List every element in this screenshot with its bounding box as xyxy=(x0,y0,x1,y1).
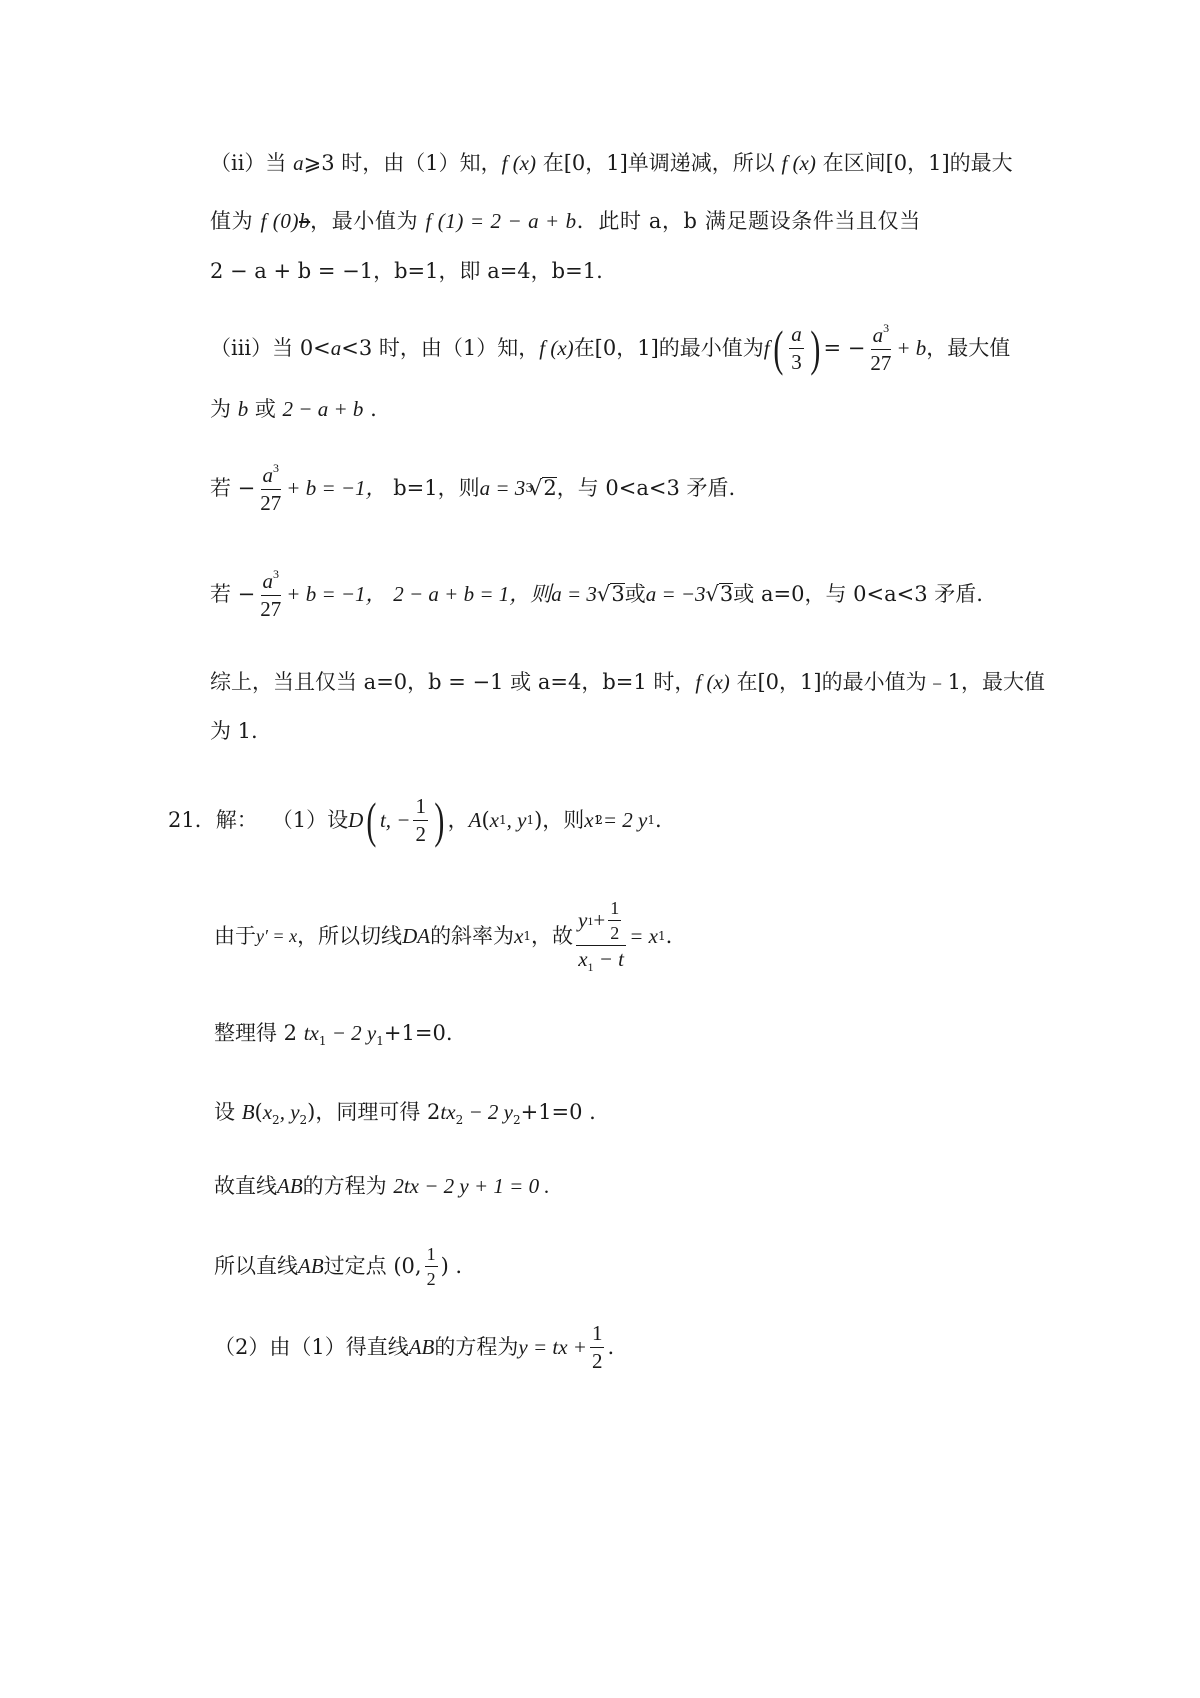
radical-icon: √ xyxy=(706,584,719,605)
text: ，最大值 xyxy=(926,338,1010,359)
part-2-line: （2）由（1）得直线AB的方程为 y = tx + 12 . xyxy=(214,1317,614,1377)
text: 在[0，1]的最小值为﹣1，最大值 xyxy=(730,670,1045,694)
left-paren: ( xyxy=(773,323,783,373)
subscript: 1 xyxy=(658,930,666,942)
text: a = −3 xyxy=(646,584,706,605)
text: （2）由（1）得直线 xyxy=(214,1337,409,1358)
text: ，故 xyxy=(531,926,573,947)
text: , y xyxy=(507,810,527,831)
denominator: 27 xyxy=(258,596,283,620)
fraction-a3-over-27: a327 xyxy=(868,322,893,374)
denominator: 27 xyxy=(868,350,893,374)
subscript: 1 xyxy=(499,814,507,826)
denominator: 2 xyxy=(413,821,428,845)
text: + b = −1， xyxy=(286,478,386,499)
equation: y = tx + xyxy=(518,1337,587,1358)
exponent: 3 xyxy=(273,461,279,475)
fx: f (x) xyxy=(539,338,573,359)
fraction-one-half: 12 xyxy=(413,796,428,845)
text: 故直线 xyxy=(214,1174,277,1198)
fraction-a3-over-27: a327 xyxy=(258,462,283,514)
summary-line-2: 为 1. xyxy=(210,721,258,742)
right-paren: ) xyxy=(434,795,444,845)
text: 所以直线 xyxy=(214,1256,298,1277)
text: . xyxy=(655,810,662,831)
summary-line-1: 综上，当且仅当 a=0，b = −1 或 a=4，b=1 时，f (x) 在[0… xyxy=(210,672,1045,693)
text: x xyxy=(490,810,499,831)
problem-21-header: 21．解：（1）设 D ( t, − 12 ) ， A(x1, y1)，则 x1… xyxy=(168,790,662,850)
superscript: 2 xyxy=(595,814,603,826)
text: = x xyxy=(629,926,658,947)
fixed-point-line: 所以直线AB过定点 (0, 12 ) . xyxy=(214,1236,462,1296)
numerator: 1 xyxy=(590,1323,605,1348)
fraction-a-over-3: a3 xyxy=(789,324,804,373)
var-a: a xyxy=(331,338,342,359)
text: x xyxy=(263,1100,272,1124)
subscript: 1 xyxy=(526,814,534,826)
text: <3 时，由（1）知， xyxy=(341,338,539,359)
text: x xyxy=(514,926,523,947)
text: b=1，则 xyxy=(393,478,479,499)
text: +1=0. xyxy=(384,1021,453,1045)
text: ， xyxy=(448,810,469,831)
text: 为 xyxy=(210,397,238,421)
text: （iii）当 0< xyxy=(210,338,331,359)
numerator: 1 xyxy=(608,899,621,921)
var-a: a xyxy=(263,463,274,487)
text: , y xyxy=(280,1100,300,1124)
text: （1）设 xyxy=(272,810,348,831)
expression: 2 − a + b xyxy=(283,397,364,421)
subscript: 2 xyxy=(272,1113,280,1127)
fx: f (x) xyxy=(695,670,729,694)
simplify-line: 整理得 2 tx1 − 2 y1+1=0. xyxy=(214,1023,453,1047)
text: 或 xyxy=(248,397,282,421)
text: x xyxy=(584,810,593,831)
numerator: 1 xyxy=(413,796,428,821)
text: 解： xyxy=(216,810,258,831)
if-case-2: 若 − a327 + b = −1， 2 − a + b = 1，则 a = 3… xyxy=(210,564,983,624)
point-B: B xyxy=(242,1100,255,1124)
fraction-one-half: 12 xyxy=(425,1245,438,1288)
text: . xyxy=(607,1337,614,1358)
segment-DA: DA xyxy=(402,926,430,947)
var-a: a xyxy=(263,569,274,593)
fx: f (x) xyxy=(781,151,815,175)
text: 值为 xyxy=(210,209,260,233)
text: ，则 xyxy=(542,810,584,831)
text: = 2 y xyxy=(603,810,648,831)
text: 在[0，1]的最小值为 xyxy=(574,338,764,359)
text: tx xyxy=(304,1021,319,1045)
text: 为 1. xyxy=(210,719,258,743)
if-case-1: 若 − a327 + b = −1， b=1，则 a = 33√2 ，与 0<a… xyxy=(210,458,735,518)
line-AB-equation: 故直线AB的方程为 2tx − 2 y + 1 = 0 . xyxy=(214,1176,550,1197)
fx: f (x) xyxy=(502,151,536,175)
text: . xyxy=(363,397,376,421)
numerator: y1 + 12 xyxy=(576,899,626,946)
exponent: 3 xyxy=(273,567,279,581)
text: ，所以切线 xyxy=(297,926,402,947)
subscript: 1 xyxy=(376,1034,384,1048)
numerator: a xyxy=(789,324,804,349)
segment-AB: AB xyxy=(277,1174,303,1198)
text: 在区间[0，1]的最大 xyxy=(816,151,1013,175)
text: − t xyxy=(594,947,625,971)
text: − 2 y xyxy=(327,1021,377,1045)
text: 的斜率为 xyxy=(430,926,514,947)
text: 若 − xyxy=(210,584,255,605)
problem-number: 21． xyxy=(168,810,216,831)
point-A: A xyxy=(469,810,482,831)
numerator: a3 xyxy=(871,322,892,350)
point-D: D xyxy=(348,810,363,831)
var-b: b xyxy=(238,397,249,421)
radical-icon: √ xyxy=(529,478,542,499)
segment-AB: AB xyxy=(298,1256,324,1277)
text: − 2 y xyxy=(463,1100,513,1124)
text: 整理得 2 xyxy=(214,1021,304,1045)
text: + b = −1， xyxy=(286,584,386,605)
exponent: 3 xyxy=(883,321,889,335)
slope-line: 由于 y′ = x ，所以切线DA的斜率为 x1，故 y1 + 12 x1 − … xyxy=(214,896,672,976)
text: 综上，当且仅当 a=0，b = −1 或 a=4，b=1 时， xyxy=(210,670,695,694)
numerator: a3 xyxy=(261,568,282,596)
subscript: 1 xyxy=(319,1034,327,1048)
text: ，最小值为 xyxy=(310,209,425,233)
text: 的方程为 xyxy=(434,1337,518,1358)
text: 或 xyxy=(625,584,646,605)
denominator: 2 xyxy=(608,921,621,942)
denominator: 2 xyxy=(590,1348,605,1372)
text: 2 − a + b = 1，则 xyxy=(393,584,551,605)
text: ⩾3 时，由（1）知， xyxy=(304,151,502,175)
text: 或 a=0，与 0<a<3 矛盾. xyxy=(733,584,983,605)
text: 过定点 (0, xyxy=(324,1256,422,1277)
radical-icon: √ xyxy=(597,584,610,605)
text: 在[0，1]单调递减，所以 xyxy=(536,151,781,175)
case-iii-line-2: 为 b 或 2 − a + b . xyxy=(210,399,377,420)
f: f xyxy=(764,338,770,359)
text: ，与 0<a<3 矛盾. xyxy=(557,478,735,499)
case-ii-line-1: （ii）当 a⩾3 时，由（1）知，f (x) 在[0，1]单调递减，所以 f … xyxy=(210,153,1013,174)
text: . xyxy=(666,926,673,947)
case-iii-line-1: （iii）当 0<a<3 时，由（1）知，f (x) 在[0，1]的最小值为 f… xyxy=(210,318,1010,378)
radicand: 3 xyxy=(719,583,733,605)
subscript: 1 xyxy=(523,930,531,942)
text: a = 3 xyxy=(480,478,526,499)
var-a: a xyxy=(293,151,304,175)
derivative: y′ = x xyxy=(256,927,297,945)
text: = − xyxy=(823,338,865,359)
text: +1=0 . xyxy=(521,1100,596,1124)
slope-fraction: y1 + 12 x1 − t xyxy=(576,899,626,973)
f-zero: f (0) xyxy=(260,209,299,233)
denominator: 3 xyxy=(789,349,804,373)
text: + xyxy=(593,910,605,931)
text: tx xyxy=(440,1100,455,1124)
text: 若 − xyxy=(210,478,255,499)
numerator: a3 xyxy=(261,462,282,490)
text: y xyxy=(578,910,587,931)
text: x xyxy=(578,947,587,971)
fraction-one-half: 12 xyxy=(608,899,621,942)
left-paren: ( xyxy=(367,795,377,845)
denominator: x1 − t xyxy=(576,946,626,973)
text: （ii）当 xyxy=(210,151,293,175)
set-B-line: 设 B(x2, y2)，同理可得 2tx2 − 2 y2+1=0 . xyxy=(214,1102,596,1126)
case-ii-line-2: 值为 f (0)b，最小值为 f (1) = 2 − a + b．此时 a，b … xyxy=(210,211,921,232)
text: ，同理可得 2 xyxy=(315,1100,440,1124)
subscript: 1 xyxy=(647,814,655,826)
case-ii-line-3: 2 − a + b = −1，b=1，即 a=4，b=1. xyxy=(210,261,603,282)
text: ) . xyxy=(441,1256,463,1277)
text: t, − xyxy=(380,810,411,831)
radicand: 2 xyxy=(542,477,556,499)
denominator: 27 xyxy=(258,490,283,514)
fraction-one-half: 12 xyxy=(590,1323,605,1372)
text: 2 − a + b = −1，b=1，即 a=4，b=1. xyxy=(210,259,603,283)
segment-AB: AB xyxy=(409,1337,435,1358)
text: + b xyxy=(896,338,926,359)
text: 设 xyxy=(214,1100,242,1124)
text: 的方程为 xyxy=(303,1174,394,1198)
equation: 2tx − 2 y + 1 = 0 . xyxy=(393,1174,549,1198)
text: a = 3 xyxy=(551,584,597,605)
text: 由于 xyxy=(214,926,256,947)
subscript: 2 xyxy=(300,1113,308,1127)
var-b: b xyxy=(299,209,310,233)
radicand: 3 xyxy=(610,583,624,605)
fraction-a3-over-27: a327 xyxy=(258,568,283,620)
text: ．此时 a，b 满足题设条件当且仅当 xyxy=(577,209,921,233)
right-paren: ) xyxy=(810,323,820,373)
var-a: a xyxy=(873,323,884,347)
subscript: 2 xyxy=(513,1113,521,1127)
numerator: 1 xyxy=(425,1245,438,1267)
denominator: 2 xyxy=(425,1267,438,1288)
f-one-expression: f (1) = 2 − a + b xyxy=(425,209,576,233)
